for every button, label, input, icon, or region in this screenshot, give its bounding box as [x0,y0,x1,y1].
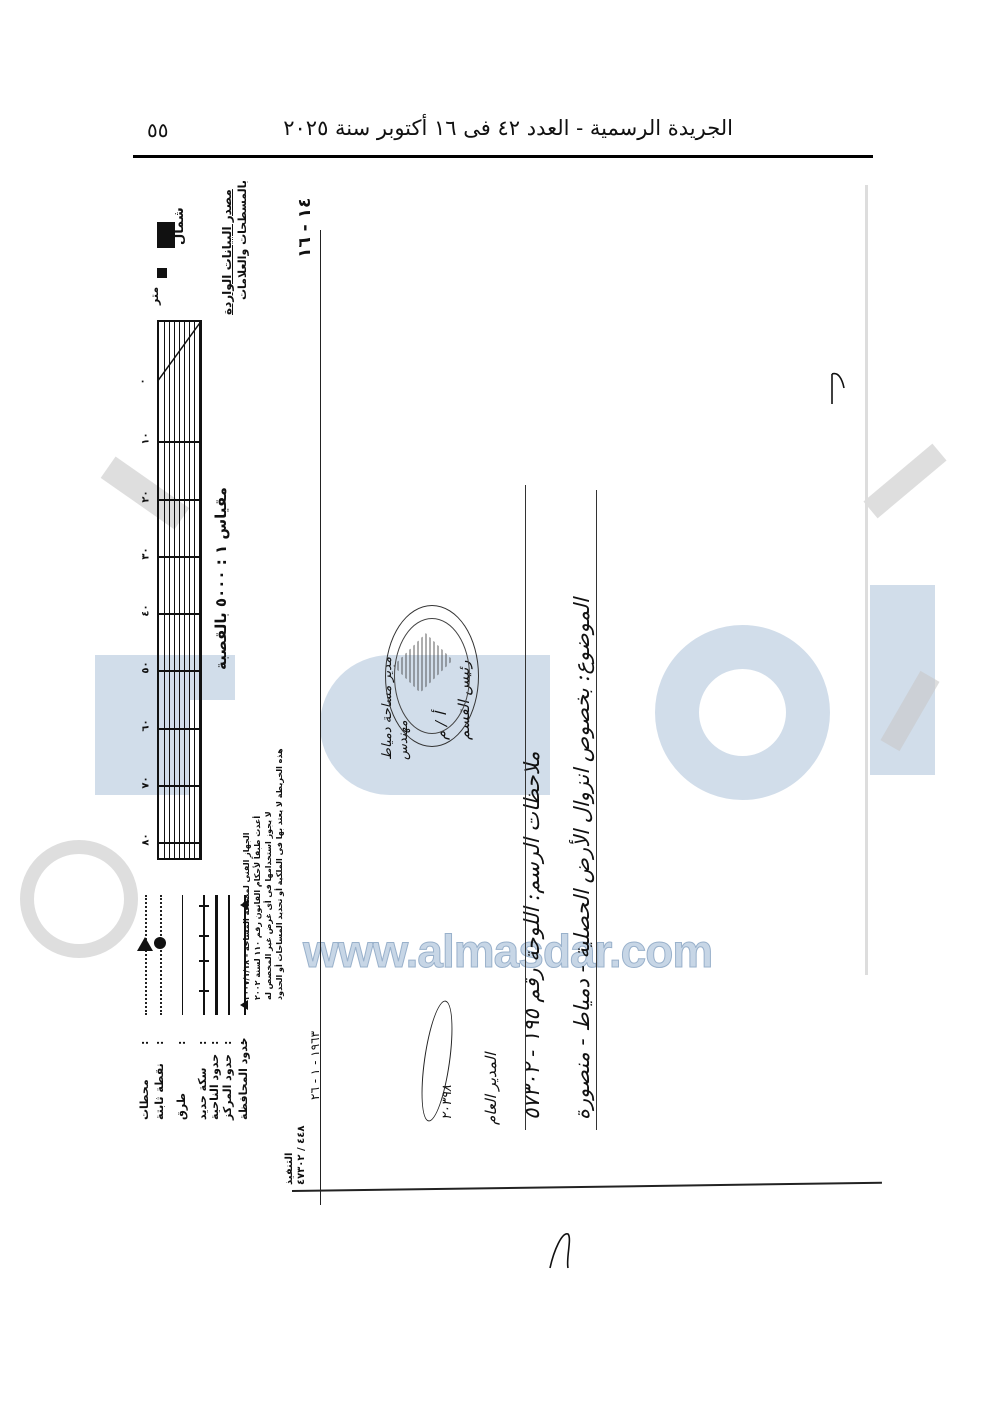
scale-tick-label: ٤٠ [141,604,152,616]
legend-label: نقطة ثابتة [153,1063,166,1120]
scale-tick-label: ٥٠ [141,662,152,674]
legend-separator: : [175,1041,188,1045]
note-line: أعدت طبقاً لأحكام القانون رقم ١١٠ لسنة ٢… [253,816,262,1000]
scan-edge [865,185,868,975]
scale-division [159,842,200,844]
reference-label: التنفيذ [284,1153,295,1185]
scale-tick-label: ٢٠ [141,490,152,502]
signature-general-manager: المدير العام [482,1053,500,1125]
map-source-subtitle: بالمسطحات والعلامات [236,180,249,300]
benchmark-circle-icon [154,937,166,949]
scale-tick-label: ٧٠ [141,776,152,788]
scale-tick-label: ٨٠ [141,833,152,845]
scale-grid-line [179,322,180,858]
scale-end-label: متر [148,287,161,305]
scale-grid-line [174,322,175,858]
scale-tick-label: ٦٠ [141,719,152,731]
scale-division [159,613,200,615]
watermark-circle [20,840,138,958]
legend-label: حدود الناحية [208,1054,221,1120]
scale-grid-line [184,322,185,858]
scale-division [159,728,200,730]
scale-grid-line [164,322,165,858]
scale-tick-label: ١٠ [141,433,152,445]
reference-number: ٤٤٨ / ٤٧٣٠٢ [296,1126,307,1185]
north-marker-icon [157,268,167,278]
scale-grid-line [189,322,190,858]
rail-cross-icon [199,905,209,907]
sheet-number: ١٤ - ١٦ [295,198,315,258]
scale-grid-line [194,322,195,858]
scale-division [159,441,200,443]
scale-bar [157,320,202,860]
legend-label: حدود المركز [221,1054,234,1120]
scale-division [159,670,200,672]
gazette-title: الجريدة الرسمية - العدد ٤٢ فى ١٦ أكتوبر … [283,116,733,140]
scale-diagonal [157,320,202,382]
note-line: لا يجوز استخدامها فى أى غرض غير المخصص ل… [264,811,273,1000]
legend-symbol-dotted-triangle [145,895,147,1015]
rail-cross-icon [199,960,209,962]
header-rule [133,155,873,158]
page-number: ٥٥ [147,118,168,142]
scale-label: مقياس ١ : ٥٠٠٠ بالقصبة [212,487,230,670]
legend-separator: : [221,1041,234,1045]
north-label: شمال [172,207,187,245]
legend-symbol-line-solid [228,895,230,1015]
boundary-arrow-icon [240,1000,248,1010]
legend-symbol-line-arrows [244,895,246,1015]
rail-cross-icon [199,935,209,937]
legend-separator: : [196,1041,209,1045]
observations-line: ملاحظات الرسم: اللوحة رقم ١٩٥ - ٥٧٣٠٢ [520,752,544,1120]
subject-line: الموضوع: بخصوص انزوال الأرض الحصلية - دم… [570,598,594,1120]
legend-separator: : [208,1041,221,1045]
legend-label: سكة حديد [196,1068,209,1120]
note-line: هذه الخريطة لا يعتد بها فى الملكية أو تح… [275,748,284,1000]
scale-division [159,785,200,787]
scanned-document [130,185,880,1295]
legend-label: محطات [138,1079,151,1120]
legend-symbol-line-thin [182,895,183,1015]
observations-underline [525,485,526,1130]
subject-underline [596,490,597,1130]
scale-tick-label: ٣٠ [141,547,152,559]
legend-symbol-line-crosses [203,895,205,1015]
legend-separator: : [138,1041,151,1045]
rail-cross-icon [199,990,209,992]
scale-division [159,499,200,501]
legend-separator: : [153,1041,166,1045]
map-source-title: مصدر البيانات الواردة [220,189,234,315]
legend-symbol-line-solid-thick [215,895,218,1015]
boundary-arrow-icon [240,900,248,910]
legend-label: حدود المحافظة [237,1037,250,1120]
station-triangle-icon [137,937,153,951]
legend-symbol-dotted-circle [160,895,162,1015]
scale-grid-line [169,322,170,858]
scale-grid-line [199,322,200,858]
handwritten-mark [548,1230,572,1270]
reference-date: ١٩٦٣ - ١ - ٢٦ [308,1031,322,1100]
scale-tick-label: ٠ [138,378,149,384]
legend-separator: : [237,1041,250,1045]
scale-division [159,556,200,558]
page-header: ٥٥ الجريدة الرسمية - العدد ٤٢ فى ١٦ أكتو… [133,112,873,152]
handwritten-mark [828,370,848,410]
legend-label: طرق [175,1093,188,1120]
official-stamp [385,605,479,747]
